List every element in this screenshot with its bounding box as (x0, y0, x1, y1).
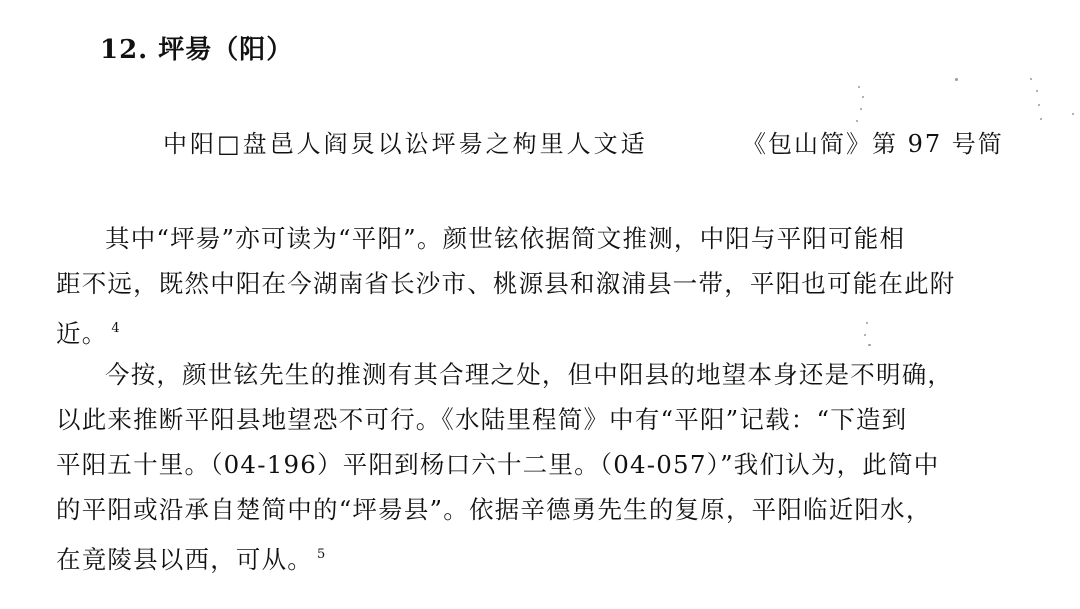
text-line: 近。4 (56, 306, 986, 356)
document-page: 12. 坪昜（阳） 中阳□盘邑人阎炅以讼坪昜之枸里人文适 《包山简》第 97 号… (0, 0, 1080, 609)
footnote-marker[interactable]: 5 (317, 547, 326, 562)
footnote-marker[interactable]: 4 (111, 321, 120, 336)
text-line: 距不远，既然中阳在今湖南省长沙市、桃源县和溆浦县一带，平阳也可能在此附 (56, 261, 986, 306)
section-heading: 12. 坪昜（阳） (100, 32, 293, 68)
text-line: 平阳五十里。（04-196）平阳到杨口六十二里。（04-057）”我们认为，此简… (56, 442, 986, 487)
text-line: 在竟陵县以西，可从。5 (56, 532, 986, 582)
quoted-inscription: 中阳□盘邑人阎炅以讼坪昜之枸里人文适 (163, 126, 648, 162)
paragraph-2: 今按，颜世铉先生的推测有其合理之处，但中阳县的地望本身还是不明确， 以此来推断平… (56, 352, 986, 582)
text-line: 的平阳或沿承自楚简中的“坪昜县”。依据辛德勇先生的复原，平阳临近阳水， (56, 487, 986, 532)
text-line-content: 近。 (56, 319, 107, 348)
text-line-content: 在竟陵县以西，可从。 (56, 545, 313, 574)
paragraph-1: 其中“坪昜”亦可读为“平阳”。颜世铉依据简文推测，中阳与平阳可能相 距不远，既然… (56, 216, 986, 356)
text-line: 以此来推断平阳县地望恐不可行。《水陆里程简》中有“平阳”记载：“下造到 (56, 397, 986, 442)
quote-source: 《包山简》第 97 号简 (742, 126, 1004, 162)
text-line: 今按，颜世铉先生的推测有其合理之处，但中阳县的地望本身还是不明确， (56, 352, 986, 397)
text-line: 其中“坪昜”亦可读为“平阳”。颜世铉依据简文推测，中阳与平阳可能相 (56, 216, 986, 261)
